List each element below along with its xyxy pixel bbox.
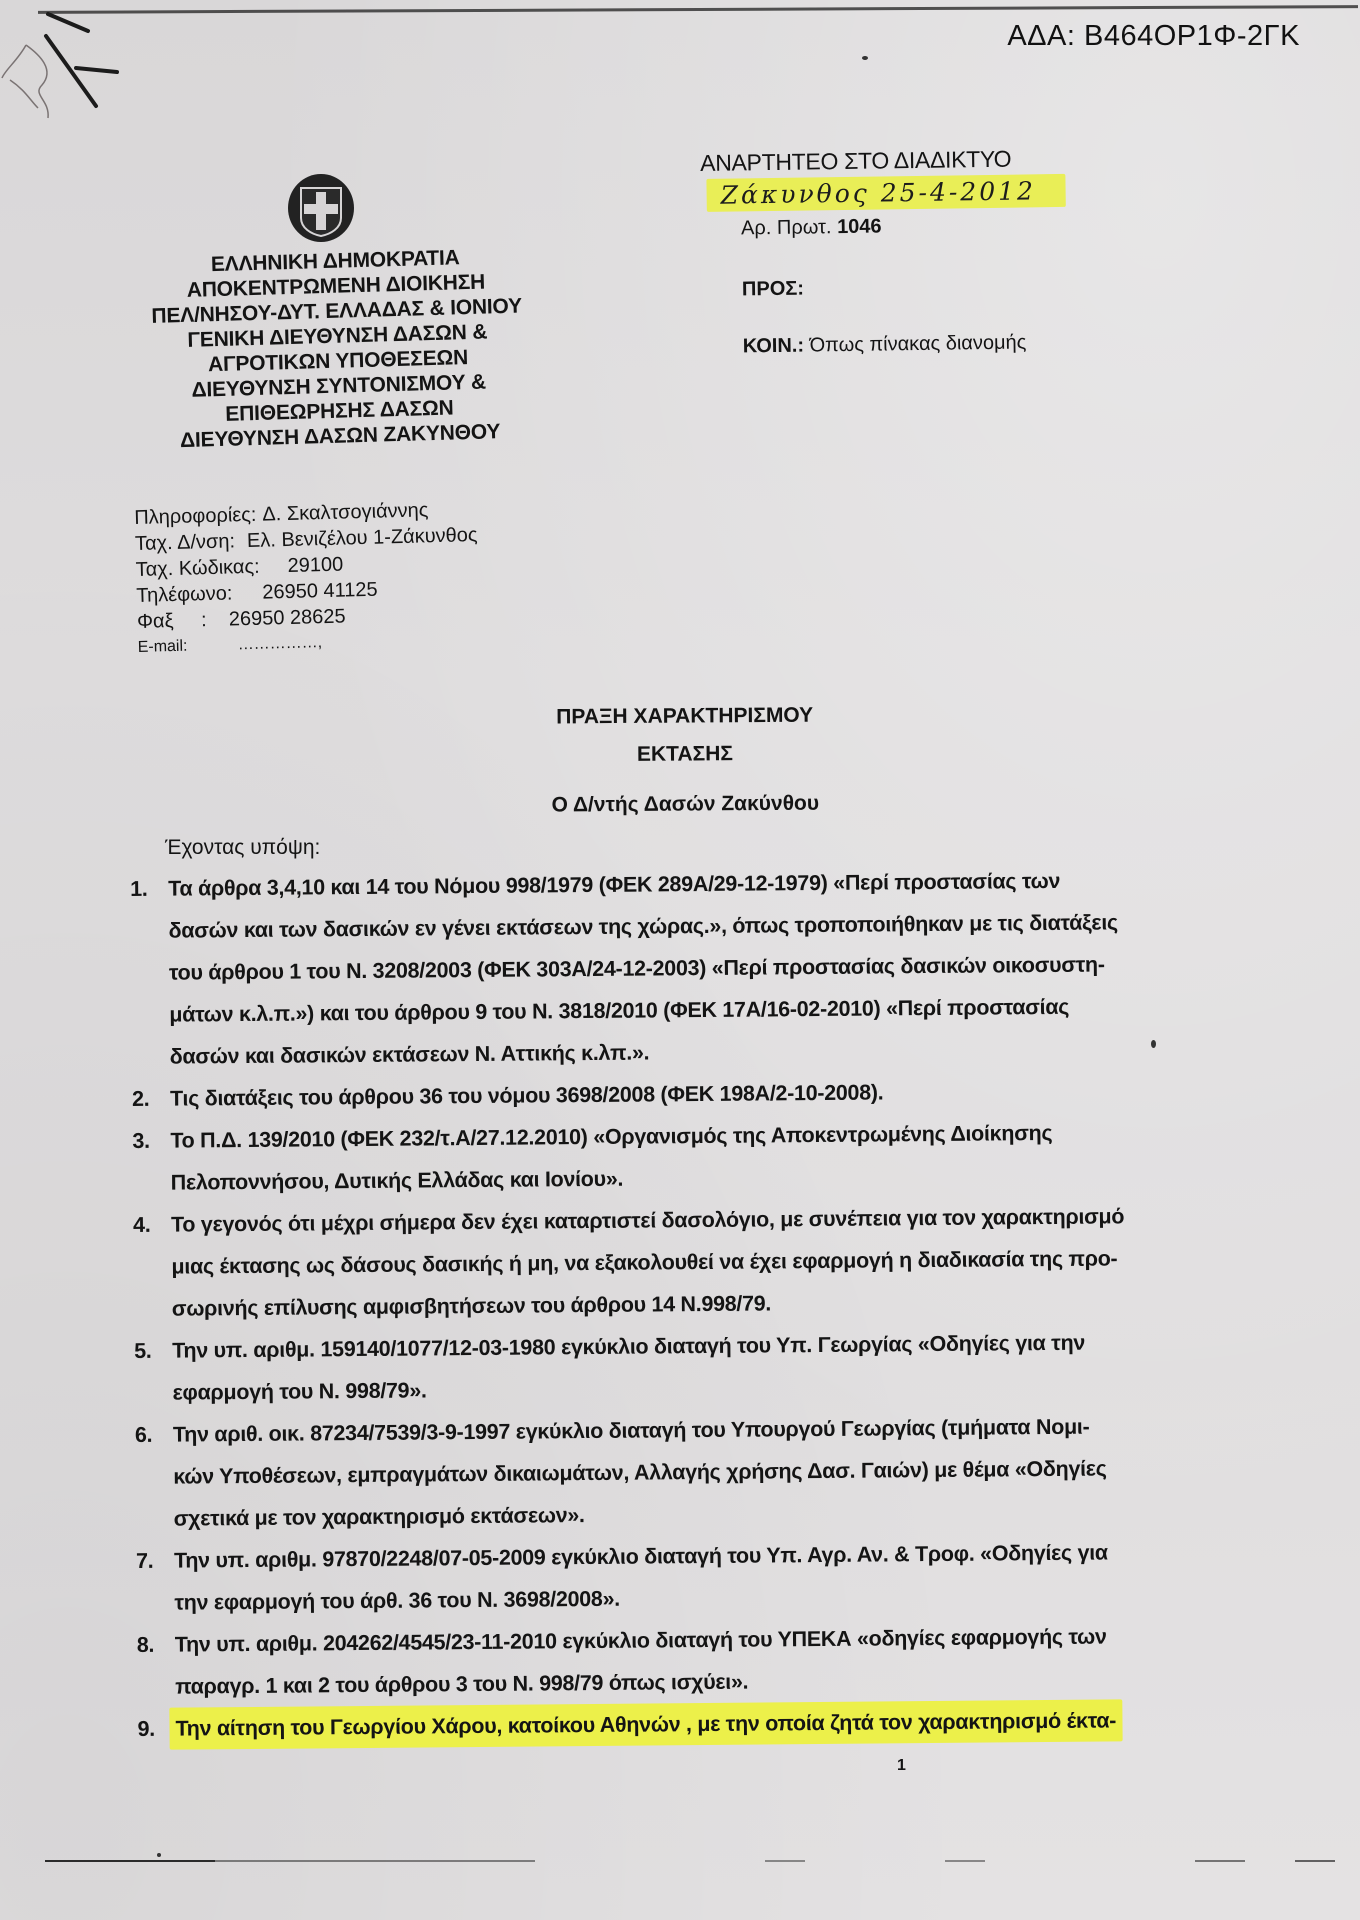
protocol-value: 1046 xyxy=(837,215,882,238)
list-item-text: Την υπ. αριθμ. 204262/4545/23-11-2010 εγ… xyxy=(175,1614,1228,1707)
ada-code: ΑΔΑ: Β464ΟΡ1Φ-2ΓΚ xyxy=(1007,20,1300,53)
speck xyxy=(157,1853,161,1857)
protocol-label: Αρ. Πρωτ. xyxy=(741,216,832,239)
speck xyxy=(1151,1040,1156,1048)
list-item-text: Την αίτηση του Γεωργίου Χάρου, κατοίκου … xyxy=(175,1698,1227,1749)
list-item-number: 2. xyxy=(132,1078,170,1120)
recipient-block: ΑΝΑΡΤΗΤΕΟ ΣΤΟ ΔΙΑΔΙΚΤΥΟ Ζάκυνθος 25-4-20… xyxy=(700,145,1068,359)
greek-coat-of-arms-icon xyxy=(285,170,357,250)
contact-label: Τηλέφωνο: xyxy=(136,580,263,609)
considerations-list: 1.Τα άρθρα 3,4,10 και 14 του Νόμου 998/1… xyxy=(130,858,1228,1749)
page-fold-line xyxy=(45,1860,1335,1862)
contact-label: Ταχ. Δ/νση: xyxy=(135,528,248,557)
list-item-number: 4. xyxy=(133,1204,172,1330)
title-line: ΕΚΤΑΣΗΣ xyxy=(130,739,1240,771)
list-item: 1.Τα άρθρα 3,4,10 και 14 του Νόμου 998/1… xyxy=(130,858,1222,1078)
contact-label: E-mail: xyxy=(137,632,238,661)
list-item-number: 1. xyxy=(130,868,170,1078)
list-item-number: 5. xyxy=(134,1330,173,1414)
list-item: 6.Την αριθ. οικ. 87234/7539/3-9-1997 εγκ… xyxy=(135,1404,1226,1540)
list-item-text: Τα άρθρα 3,4,10 και 14 του Νόμου 998/197… xyxy=(168,858,1222,1077)
handwritten-mark-icon xyxy=(0,0,200,120)
list-item: 7.Την υπ. αριθμ. 97870/2248/07-05-2009 ε… xyxy=(136,1530,1227,1624)
contact-label: Ταχ. Κώδικας: xyxy=(135,553,288,583)
list-item-text: Το γεγονός ότι μέχρι σήμερα δεν έχει κατ… xyxy=(171,1194,1224,1329)
list-item: 9.Την αίτηση του Γεωργίου Χάρου, κατοίκο… xyxy=(137,1698,1227,1750)
list-item-number: 7. xyxy=(136,1540,175,1624)
document-title: ΠΡΑΞΗ ΧΑΡΑΚΤΗΡΙΣΜΟΥ ΕΚΤΑΣΗΣ Ο Δ/ντής Δασ… xyxy=(0,701,1240,822)
issuer: Ο Δ/ντής Δασών Ζακύνθου xyxy=(130,789,1240,821)
list-item: 4.Το γεγονός ότι μέχρι σήμερα δεν έχει κ… xyxy=(133,1194,1224,1330)
list-item-text: Το Π.Δ. 139/2010 (ΦΕΚ 232/τ.Α/27.12.2010… xyxy=(170,1110,1223,1203)
list-item-text: Την υπ. αριθμ. 159140/1077/12-03-1980 εγ… xyxy=(172,1320,1225,1413)
considering-heading: Έχοντας υπόψη: xyxy=(165,836,320,860)
list-item-text: Την αριθ. οικ. 87234/7539/3-9-1997 εγκύκ… xyxy=(173,1404,1226,1539)
list-item-number: 8. xyxy=(137,1624,176,1708)
list-item-text: Την υπ. αριθμ. 97870/2248/07-05-2009 εγκ… xyxy=(174,1530,1227,1623)
list-item: 3.Το Π.Δ. 139/2010 (ΦΕΚ 232/τ.Α/27.12.20… xyxy=(132,1110,1223,1204)
list-item: 5.Την υπ. αριθμ. 159140/1077/12-03-1980 … xyxy=(134,1320,1225,1414)
contact-value: 26950 41125 xyxy=(262,577,378,606)
contact-value: ……………, xyxy=(237,630,322,658)
list-item: 8.Την υπ. αριθμ. 204262/4545/23-11-2010 … xyxy=(137,1614,1228,1708)
text-line: Την αίτηση του Γεωργίου Χάρου, κατοίκου … xyxy=(169,1699,1122,1749)
to-label: ΠΡΟΣ: xyxy=(742,274,1068,302)
contact-info: Πληροφορίες:Δ. Σκαλτσογιάννης Ταχ. Δ/νση… xyxy=(134,496,481,661)
handwritten-date: Ζάκυνθος 25-4-2012 xyxy=(706,174,1066,212)
contact-value: : 26950 28625 xyxy=(201,604,346,634)
publish-notice: ΑΝΑΡΤΗΤΕΟ ΣΤΟ ΔΙΑΔΙΚΤΥΟ xyxy=(700,145,1066,177)
contact-label: Φαξ xyxy=(137,607,202,635)
cc-value: Όπως πίνακας διανομής xyxy=(809,331,1026,356)
contact-value: 29100 xyxy=(287,552,343,579)
contact-label: Πληροφορίες: xyxy=(134,502,257,531)
organization-header: ΕΛΛΗΝΙΚΗ ΔΗΜΟΚΡΑΤΙΑ ΑΠΟΚΕΝΤΡΩΜΕΝΗ ΔΙΟΙΚΗ… xyxy=(110,242,565,454)
speck xyxy=(862,56,868,60)
page-number: 1 xyxy=(897,1757,906,1775)
list-item-number: 6. xyxy=(135,1414,174,1540)
cc-line: ΚΟΙΝ.: Όπως πίνακας διανομής xyxy=(743,331,1069,359)
list-item-number: 3. xyxy=(132,1120,171,1204)
title-line: ΠΡΑΞΗ ΧΑΡΑΚΤΗΡΙΣΜΟΥ xyxy=(130,701,1240,733)
page-edge-line xyxy=(38,5,1358,14)
protocol-number: Αρ. Πρωτ. 1046 xyxy=(741,213,1067,241)
cc-label: ΚΟΙΝ.: xyxy=(743,335,805,358)
